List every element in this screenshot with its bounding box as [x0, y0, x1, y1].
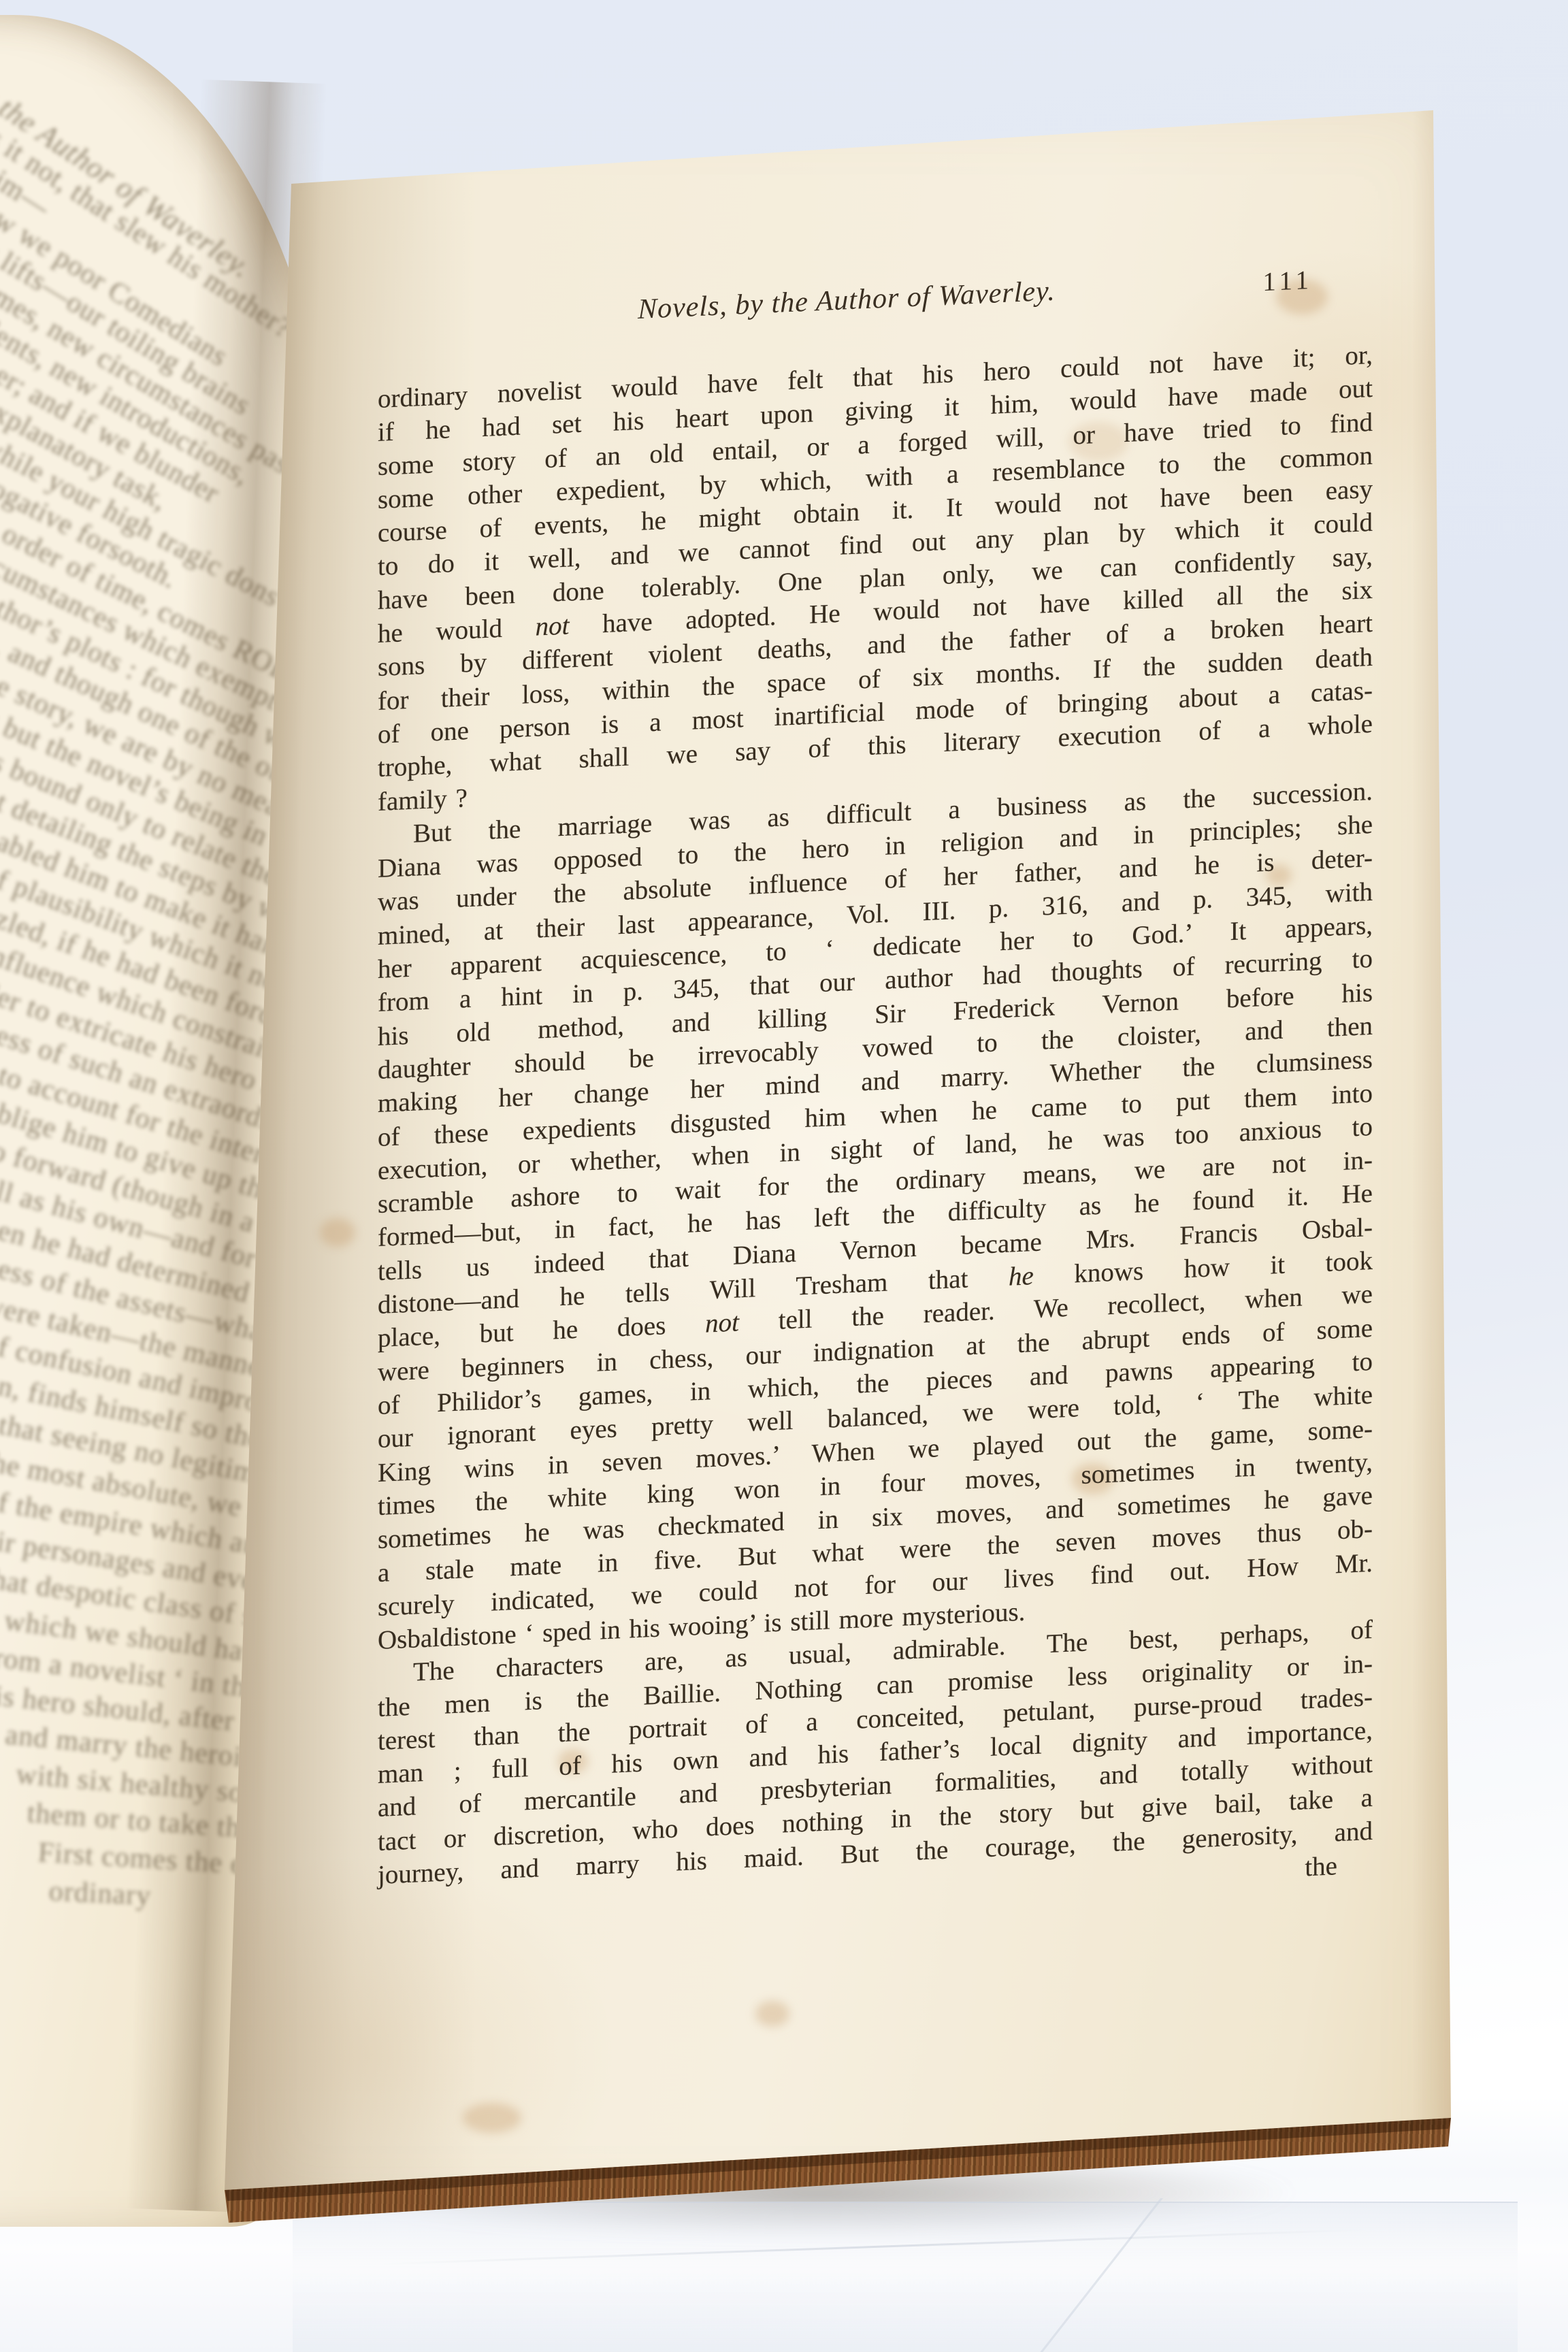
acrylic-stand: [293, 2202, 1518, 2352]
page-text-block: Novels, by the Author of Waverley. 111 o…: [378, 261, 1373, 1926]
foxing-spot: [755, 2001, 789, 2027]
book-photo: y the Author of Waverley.is it not, that…: [0, 0, 1568, 2352]
right-page: Novels, by the Author of Waverley. 111 o…: [218, 95, 1460, 2225]
left-page-text-fragment: ordinary: [48, 1875, 152, 1912]
foxing-spot: [463, 2103, 521, 2133]
running-header: Novels, by the Author of Waverley. 111: [378, 261, 1373, 344]
foxing-spot: [320, 1218, 355, 1247]
page-number: 111: [1262, 265, 1313, 297]
running-header-title: Novels, by the Author of Waverley.: [349, 262, 1344, 339]
body-text: ordinary novelist would have felt that h…: [378, 338, 1373, 1892]
